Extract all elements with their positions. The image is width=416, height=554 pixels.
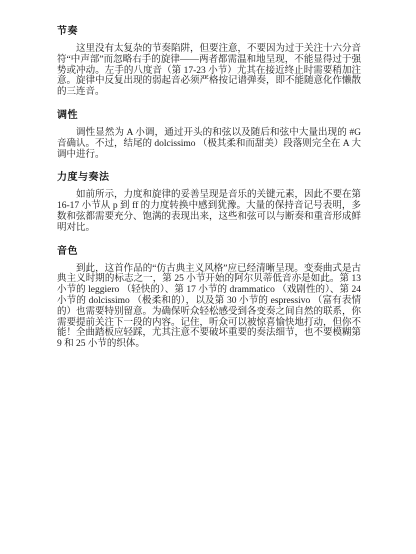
section-tone-color: 音色 到此，这首作品的“仿古典主义风格”应已经清晰呈现。变奏曲式是古典主义时期的… xyxy=(57,246,361,350)
section-heading-tone-color: 音色 xyxy=(57,246,361,257)
section-tonality: 调性 调性显然为 A 小调，通过开头的和弦以及随后和弦中大量出现的 #G 音确认… xyxy=(57,110,361,160)
section-paragraph-tonality: 调性显然为 A 小调，通过开头的和弦以及随后和弦中大量出现的 #G 音确认。不过… xyxy=(57,128,361,160)
section-dynamics-articulation: 力度与奏法 如前所示，力度和旋律的妥善呈现是音乐的关键元素，因此不要在第 16-… xyxy=(57,172,361,233)
section-heading-tonality: 调性 xyxy=(57,110,361,121)
section-paragraph-rhythm: 这里没有太复杂的节奏陷阱，但要注意，不要因为过于关注十六分音符“中声部”而忽略右… xyxy=(57,44,361,98)
section-heading-dynamics-articulation: 力度与奏法 xyxy=(57,172,361,183)
section-paragraph-dynamics-articulation: 如前所示，力度和旋律的妥善呈现是音乐的关键元素，因此不要在第 16-17 小节从… xyxy=(57,190,361,233)
section-paragraph-tone-color: 到此，这首作品的“仿古典主义风格”应已经清晰呈现。变奏曲式是古典主义时期的标志之… xyxy=(57,264,361,350)
section-heading-rhythm: 节奏 xyxy=(57,26,361,37)
document-page: 节奏 这里没有太复杂的节奏陷阱，但要注意，不要因为过于关注十六分音符“中声部”而… xyxy=(0,0,416,554)
section-rhythm: 节奏 这里没有太复杂的节奏陷阱，但要注意，不要因为过于关注十六分音符“中声部”而… xyxy=(57,26,361,98)
